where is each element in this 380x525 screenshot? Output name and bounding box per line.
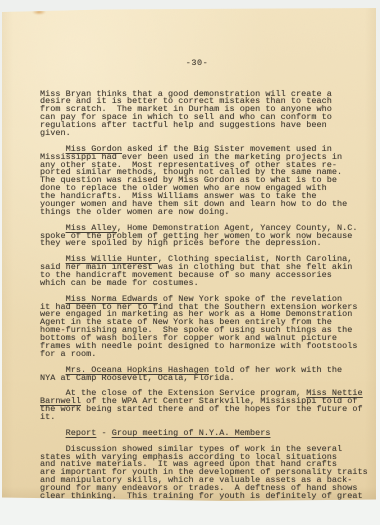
text-line: regulations after tactful help and sugge… [40,122,354,130]
document-body: Miss Bryan thinks that a good demonstrat… [40,91,354,501]
text-line: which can be made for costumes. [40,280,354,288]
text-line: given. [40,130,354,138]
text-line: it. [40,414,354,422]
text-line: for a room. [40,351,354,359]
para-miss-gordon: Miss Gordon asked if the Big Sister move… [40,146,354,217]
text-line: they were spoiled by high prices before … [40,240,354,248]
para-miss-bryan: Miss Bryan thinks that a good demonstrat… [40,91,354,138]
para-miss-norma-edwards: Miss Norma Edwards of New York spoke of … [40,296,354,359]
para-miss-willie-hunter: Miss Willie Hunter, Clothing specialist,… [40,256,354,288]
text-line: NYA at Camp Roosevelt, Ocala, Florida. [40,375,354,383]
para-miss-nettie-barnwell: At the close of the Extension Service pr… [40,390,354,422]
text-line: the work being started there and of the … [40,406,354,414]
page-number: -30- [40,60,354,68]
para-discussion: Discussion showed similar types of work … [40,446,354,501]
typewritten-content: -30- Miss Bryan thinks that a good demon… [40,44,354,525]
para-miss-alley: Miss Alley, Home Demonstration Agent, Ya… [40,225,354,249]
para-mrs-hashagen: Mrs. Oceana Hopkins Hashagen told of her… [40,367,354,383]
text-line: things the older women are now doing. [40,209,354,217]
text-line: Report - Group meeting of N.Y.A. Members [40,430,354,438]
document-page: -30- Miss Bryan thinks that a good demon… [2,8,376,501]
heading-report-group-meeting: Report - Group meeting of N.Y.A. Members [40,430,354,438]
